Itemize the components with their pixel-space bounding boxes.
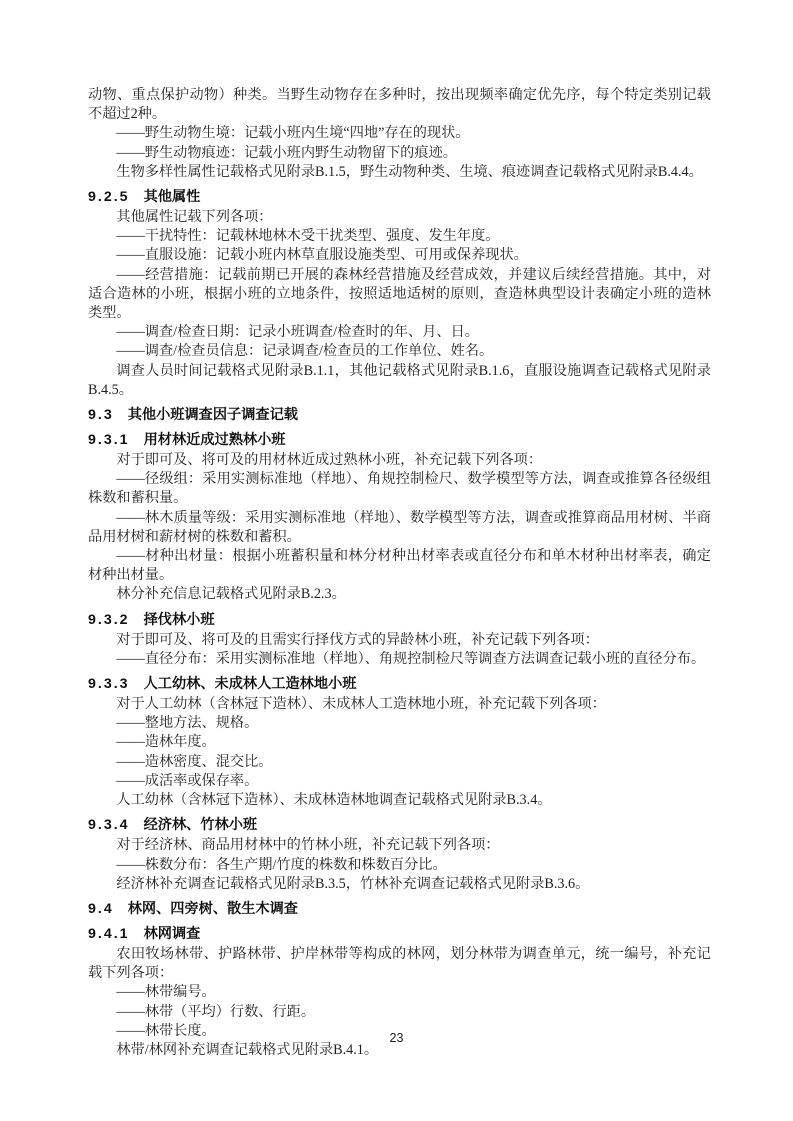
paragraph: 调查人员时间记载格式见附录B.1.1，其他记载格式见附录B.1.6，直服设施调查… xyxy=(88,362,711,400)
heading-title: 林网、四旁树、散生木调查 xyxy=(128,901,298,917)
list-item: ——径级组：采用实测标准地（样地）、角规控制检尺、数学模型等方法，调查或推算各径… xyxy=(88,470,711,508)
section-heading: 9.3.1用材林近成过熟林小班 xyxy=(88,430,711,450)
heading-number: 9.3.1 xyxy=(88,430,130,450)
section-heading: 9.3.3人工幼林、未成林人工造林地小班 xyxy=(88,674,711,694)
list-item: ——林带（平均）行数、行距。 xyxy=(88,1003,711,1022)
list-item: ——林木质量等级：采用实测标准地（样地）、数学模型等方法，调查或推算商品用材树、… xyxy=(88,509,711,547)
heading-title: 用材林近成过熟林小班 xyxy=(144,432,286,448)
paragraph: 对于即可及、将可及的且需实行择伐方式的异龄林小班，补充记载下列各项： xyxy=(88,631,711,650)
paragraph: 动物、重点保护动物）种类。当野生动物存在多种时，按出现频率确定优先序，每个特定类… xyxy=(88,86,711,124)
heading-title: 林网调查 xyxy=(144,926,201,942)
section-heading: 9.3.4经济林、竹林小班 xyxy=(88,815,711,835)
list-item: ——直服设施：记载小班内林草直服设施类型、可用或保养现状。 xyxy=(88,246,711,265)
page-number: 23 xyxy=(0,1031,793,1045)
section-heading: 9.4林网、四旁树、散生木调查 xyxy=(88,899,711,919)
document-body: 动物、重点保护动物）种类。当野生动物存在多种时，按出现频率确定优先序，每个特定类… xyxy=(88,86,711,1060)
list-item: ——成活率或保存率。 xyxy=(88,772,711,791)
heading-number: 9.3.2 xyxy=(88,610,130,630)
document-page: 动物、重点保护动物）种类。当野生动物存在多种时，按出现频率确定优先序，每个特定类… xyxy=(0,0,793,1121)
heading-title: 人工幼林、未成林人工造林地小班 xyxy=(144,676,357,692)
paragraph: 对于人工幼林（含林冠下造林）、未成林人工造林地小班，补充记载下列各项： xyxy=(88,695,711,714)
list-item: ——野生动物痕迹：记载小班内野生动物留下的痕迹。 xyxy=(88,144,711,163)
heading-title: 经济林、竹林小班 xyxy=(144,817,258,833)
list-item: ——材种出材量：根据小班蓄积量和林分材种出材率表或直径分布和单木材种出材率表，确… xyxy=(88,547,711,585)
heading-number: 9.4.1 xyxy=(88,924,130,944)
list-item: ——干扰特性：记载林地林木受干扰类型、强度、发生年度。 xyxy=(88,227,711,246)
list-item: ——整地方法、规格。 xyxy=(88,714,711,733)
heading-number: 9.4 xyxy=(88,899,114,919)
list-item: ——调查/检查员信息：记录调查/检查员的工作单位、姓名。 xyxy=(88,342,711,361)
list-item: ——造林年度。 xyxy=(88,733,711,752)
list-item: ——林带编号。 xyxy=(88,983,711,1002)
section-heading: 9.2.5其他属性 xyxy=(88,187,711,207)
heading-number: 9.3.4 xyxy=(88,815,130,835)
heading-number: 9.2.5 xyxy=(88,187,130,207)
heading-number: 9.3 xyxy=(88,405,114,425)
paragraph: 农田牧场林带、护路林带、护岸林带等构成的林网，划分林带为调查单元，统一编号，补充… xyxy=(88,945,711,983)
section-heading: 9.3其他小班调查因子调查记载 xyxy=(88,405,711,425)
paragraph: 经济林补充调查记载格式见附录B.3.5，竹林补充调查记载格式见附录B.3.6。 xyxy=(88,875,711,894)
heading-number: 9.3.3 xyxy=(88,674,130,694)
list-item: ——调查/检查日期：记录小班调查/检查时的年、月、日。 xyxy=(88,323,711,342)
paragraph: 对于经济林、商品用材林中的竹林小班，补充记载下列各项： xyxy=(88,836,711,855)
list-item: ——直径分布：采用实测标准地（样地）、角规控制检尺等调查方法调查记载小班的直径分… xyxy=(88,650,711,669)
paragraph: 生物多样性属性记载格式见附录B.1.5，野生动物种类、生境、痕迹调查记载格式见附… xyxy=(88,163,711,182)
paragraph: 其他属性记载下列各项： xyxy=(88,208,711,227)
paragraph: 林分补充信息记载格式见附录B.2.3。 xyxy=(88,585,711,604)
paragraph: 对于即可及、将可及的用材林近成过熟林小班，补充记载下列各项： xyxy=(88,451,711,470)
section-heading: 9.4.1林网调查 xyxy=(88,924,711,944)
section-heading: 9.3.2择伐林小班 xyxy=(88,610,711,630)
list-item: ——经营措施：记载前期已开展的森林经营措施及经营成效，并建议后续经营措施。其中，… xyxy=(88,266,711,324)
heading-title: 其他属性 xyxy=(144,189,201,205)
paragraph: 人工幼林（含林冠下造林）、未成林造林地调查记载格式见附录B.3.4。 xyxy=(88,791,711,810)
heading-title: 择伐林小班 xyxy=(144,612,215,628)
list-item: ——造林密度、混交比。 xyxy=(88,753,711,772)
list-item: ——野生动物生境：记载小班内生境“四地”存在的现状。 xyxy=(88,124,711,143)
list-item: ——株数分布：各生产期/竹度的株数和株数百分比。 xyxy=(88,856,711,875)
heading-title: 其他小班调查因子调查记载 xyxy=(128,407,298,423)
